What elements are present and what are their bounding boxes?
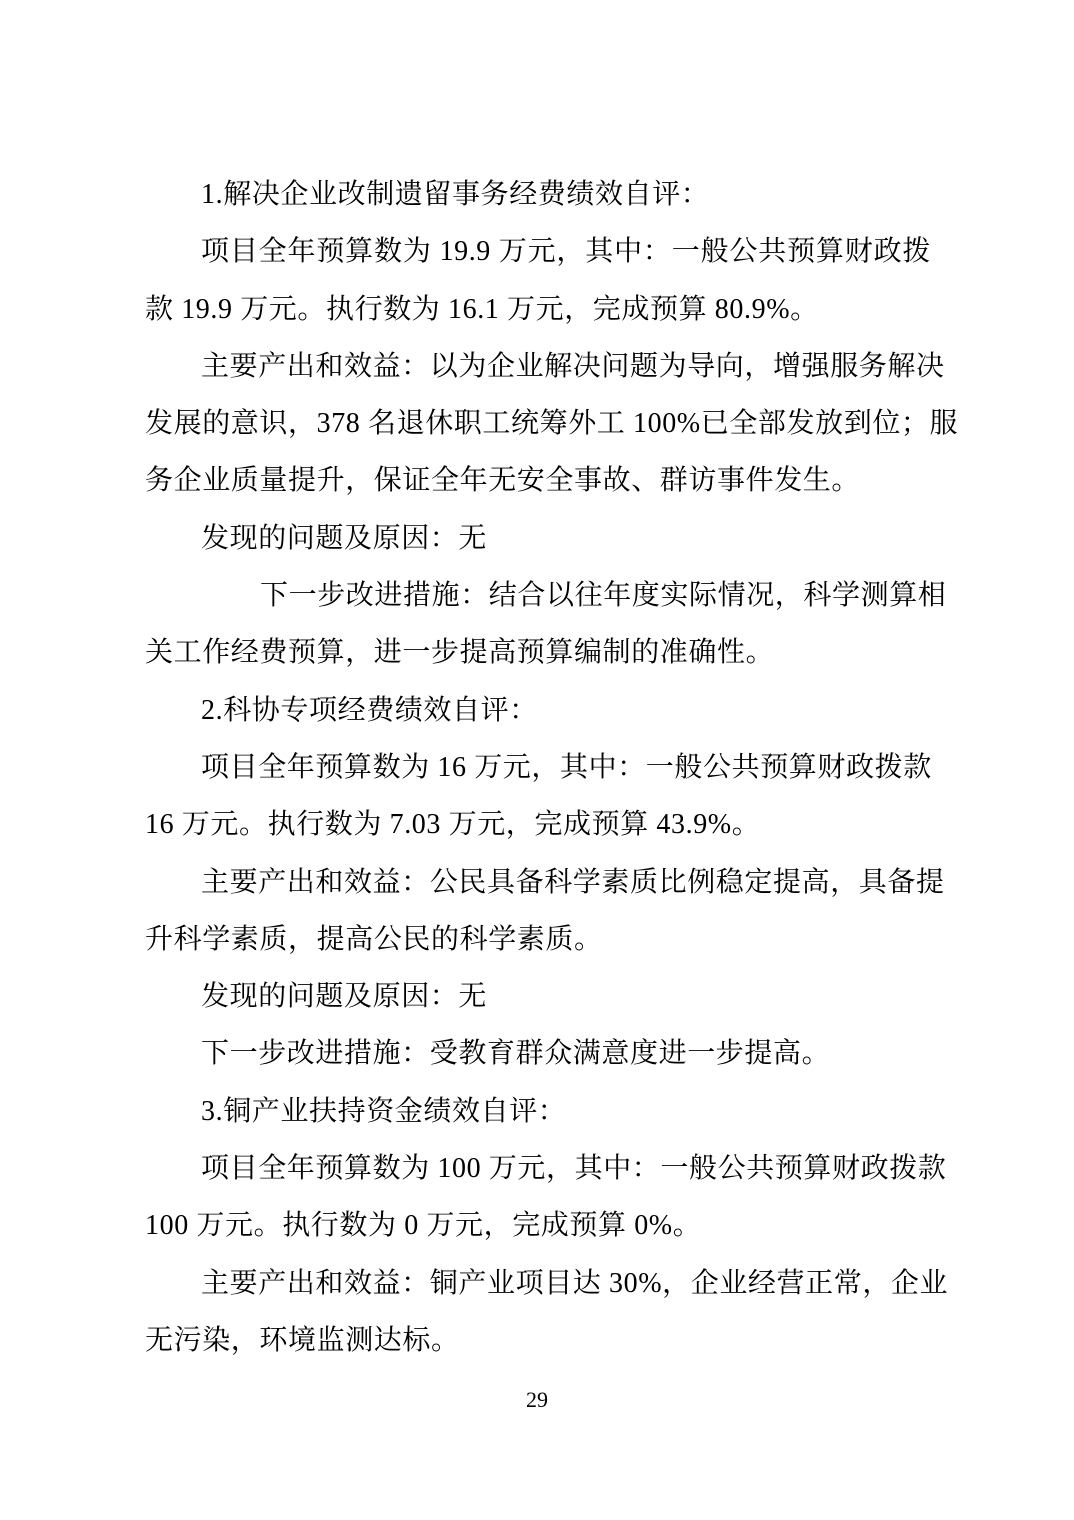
document-line: 下一步改进措施：结合以往年度实际情况，科学测算相 [145, 567, 931, 624]
document-line: 升科学素质，提高公民的科学素质。 [145, 911, 931, 968]
document-line: 发现的问题及原因：无 [145, 968, 931, 1025]
document-line: 100 万元。执行数为 0 万元，完成预算 0%。 [145, 1197, 931, 1254]
document-line: 2.科协专项经费绩效自评： [145, 682, 931, 739]
document-line: 项目全年预算数为 100 万元，其中：一般公共预算财政拨款 [145, 1140, 931, 1197]
document-line: 16 万元。执行数为 7.03 万元，完成预算 43.9%。 [145, 796, 931, 853]
document-line: 发展的意识，378 名退休职工统筹外工 100%已全部发放到位；服 [145, 395, 931, 452]
document-line: 主要产出和效益：铜产业项目达 30%，企业经营正常，企业 [145, 1255, 931, 1312]
document-body: 1.解决企业改制遗留事务经费绩效自评： 项目全年预算数为 19.9 万元，其中：… [145, 166, 931, 1369]
document-line: 务企业质量提升，保证全年无安全事故、群访事件发生。 [145, 452, 931, 509]
page-number: 29 [0, 1386, 1074, 1414]
document-line: 无污染，环境监测达标。 [145, 1312, 931, 1369]
document-page: 1.解决企业改制遗留事务经费绩效自评： 项目全年预算数为 19.9 万元，其中：… [0, 0, 1074, 1520]
document-line: 款 19.9 万元。执行数为 16.1 万元，完成预算 80.9%。 [145, 281, 931, 338]
document-line: 主要产出和效益：公民具备科学素质比例稳定提高，具备提 [145, 854, 931, 911]
document-line: 项目全年预算数为 16 万元，其中：一般公共预算财政拨款 [145, 739, 931, 796]
document-line: 1.解决企业改制遗留事务经费绩效自评： [145, 166, 931, 223]
document-line: 关工作经费预算，进一步提高预算编制的准确性。 [145, 624, 931, 681]
document-line: 发现的问题及原因：无 [145, 510, 931, 567]
document-line: 项目全年预算数为 19.9 万元，其中：一般公共预算财政拨 [145, 223, 931, 280]
document-line: 3.铜产业扶持资金绩效自评： [145, 1083, 931, 1140]
document-line: 主要产出和效益：以为企业解决问题为导向，增强服务解决 [145, 338, 931, 395]
document-line: 下一步改进措施：受教育群众满意度进一步提高。 [145, 1025, 931, 1082]
